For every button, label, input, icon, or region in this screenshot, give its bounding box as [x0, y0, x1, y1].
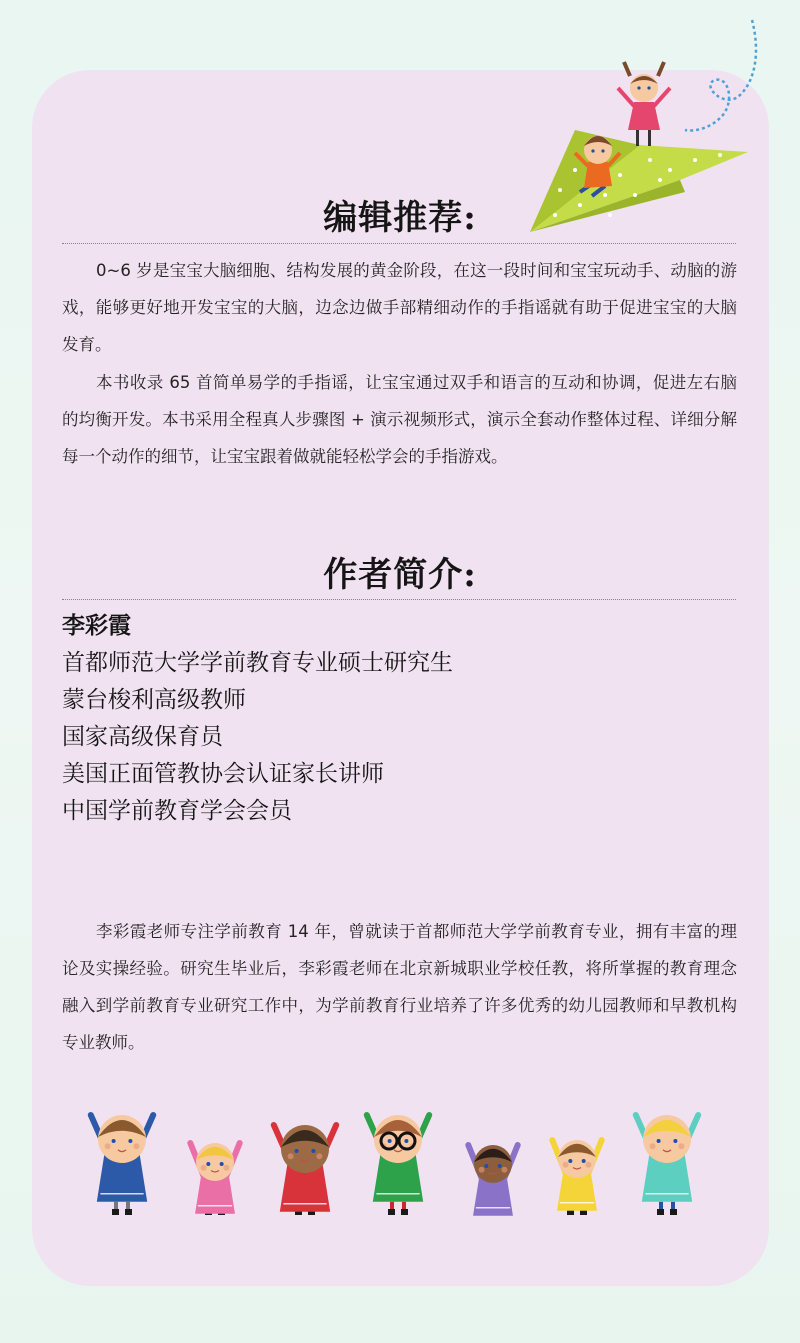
child-figure	[91, 1115, 153, 1215]
credential-item: 中国学前教育学会会员	[62, 793, 453, 830]
author-name: 李彩霞	[62, 608, 453, 645]
child-figure	[468, 1145, 517, 1216]
heading-divider	[62, 599, 736, 600]
credential-item: 蒙台梭利高级教师	[62, 682, 453, 719]
child-figure	[552, 1140, 601, 1215]
editor-paragraph-2: 本书收录 65 首简单易学的手指谣，让宝宝通过双手和语言的互动和协调，促进左右脑…	[62, 364, 737, 475]
credential-item: 国家高级保育员	[62, 719, 453, 756]
child-figure	[367, 1115, 429, 1215]
credential-item: 首都师范大学学前教育专业硕士研究生	[62, 645, 453, 682]
author-bio: 李彩霞老师专注学前教育 14 年，曾就读于首都师范大学学前教育专业，拥有丰富的理…	[62, 913, 737, 1061]
editor-recommendation-heading: 编辑推荐:	[0, 198, 800, 238]
girl-figure	[618, 62, 670, 146]
author-credentials-list: 李彩霞 首都师范大学学前教育专业硕士研究生 蒙台梭利高级教师 国家高级保育员 美…	[62, 608, 453, 830]
child-figure	[636, 1115, 698, 1215]
children-row-illustration	[80, 1085, 720, 1230]
child-figure	[190, 1143, 239, 1215]
child-figure	[274, 1125, 336, 1215]
editor-paragraph-1: 0~6 岁是宝宝大脑细胞、结构发展的黄金阶段，在这一段时间和宝宝玩动手、动脑的游…	[62, 252, 737, 363]
author-intro-heading: 作者简介:	[0, 555, 800, 595]
credential-item: 美国正面管教协会认证家长讲师	[62, 756, 453, 793]
heading-divider	[62, 243, 736, 244]
trail-icon	[685, 20, 756, 131]
